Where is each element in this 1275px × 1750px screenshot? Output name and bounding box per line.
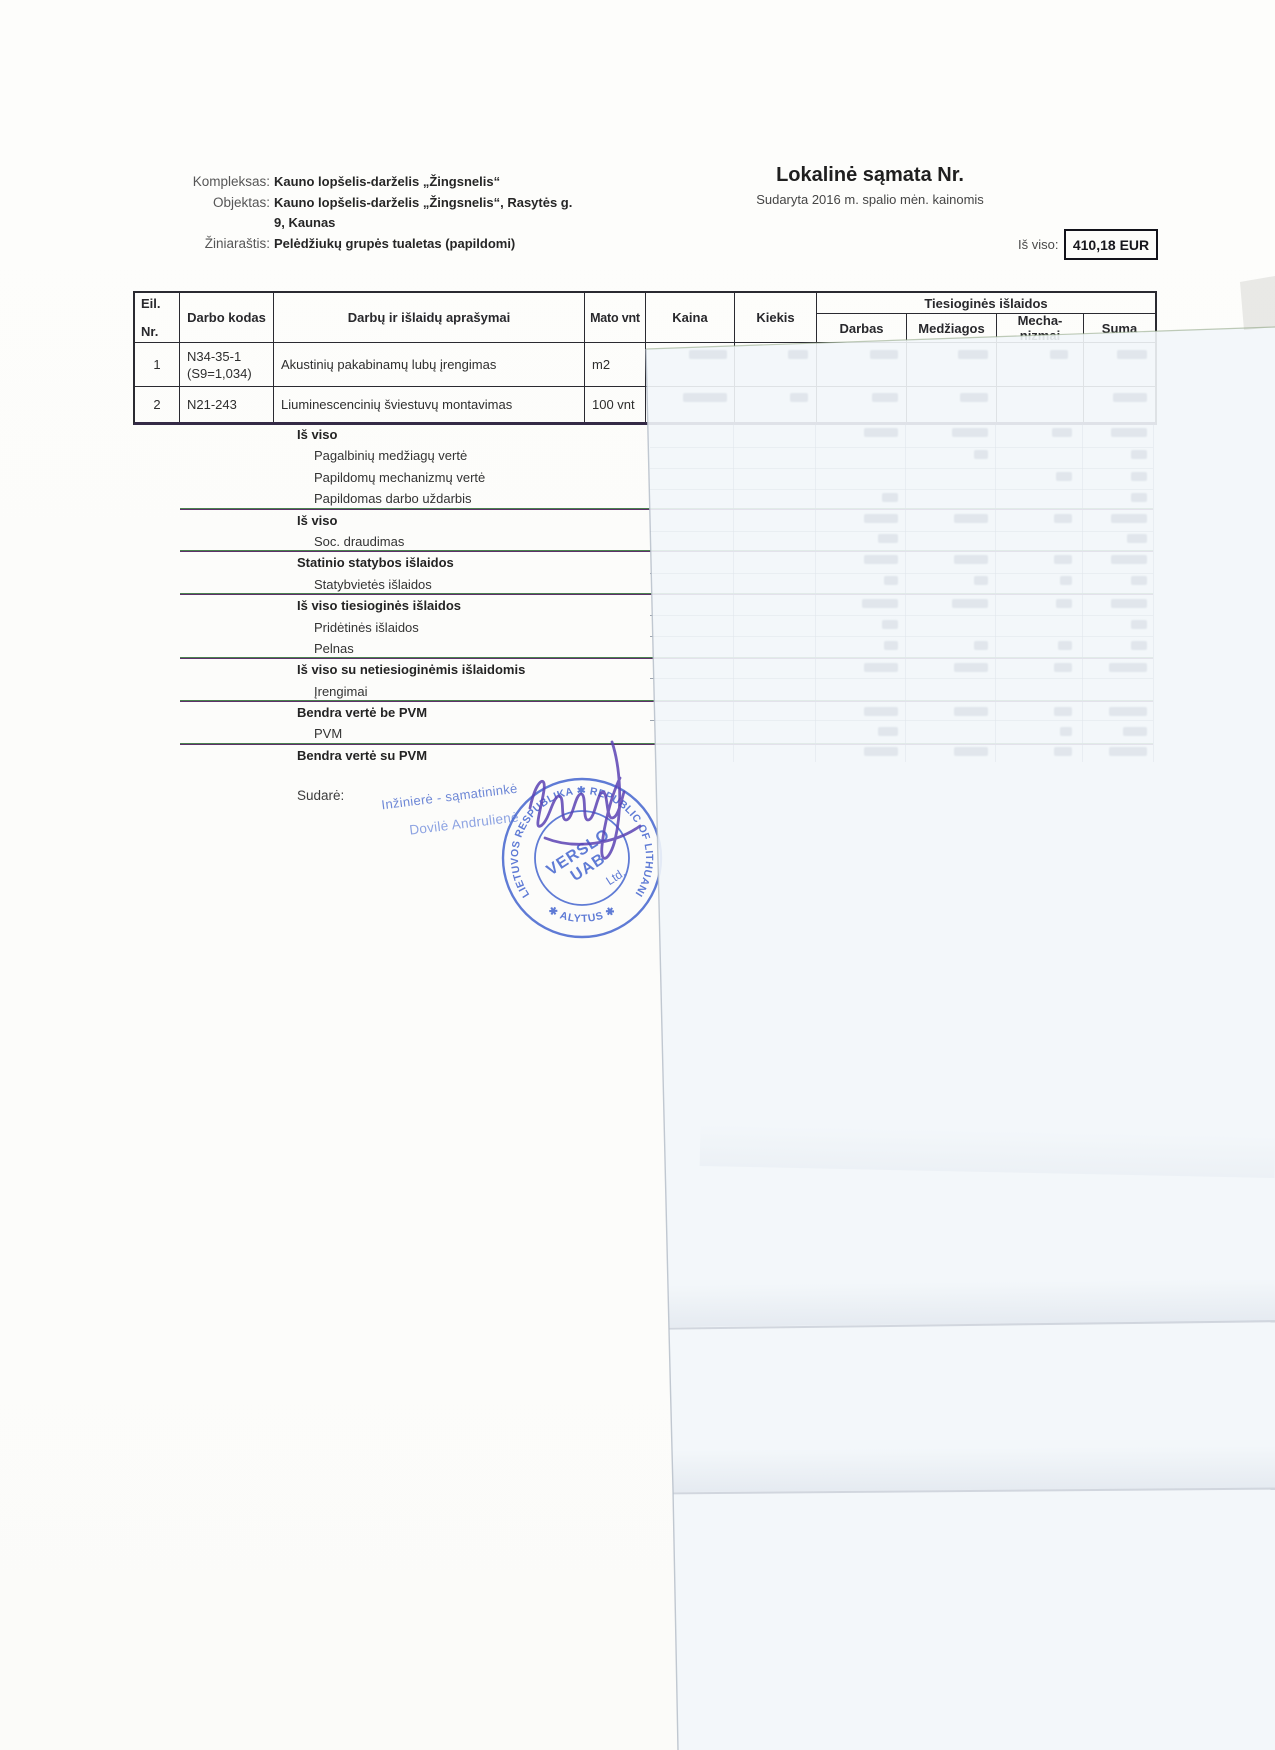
signature-stroke-tail (545, 826, 640, 844)
document-subtitle: Sudaryta 2016 m. spalio mėn. kainomis (660, 192, 1080, 207)
summary-label: Papildomas darbo uždarbis (314, 488, 472, 509)
summary-label: Įrengimai (314, 681, 367, 702)
summary-label: Statinio statybos išlaidos (297, 552, 454, 573)
row2-nr: 2 (135, 386, 180, 422)
svg-text:✱ ALYTUS ✱: ✱ ALYTUS ✱ (546, 904, 617, 925)
col-header-kiekis: Kiekis (735, 293, 817, 342)
sheet-crease-shade-3 (700, 1124, 1275, 1178)
nr-label: Nr. (141, 324, 158, 339)
col-header-kaina: Kaina (646, 293, 735, 342)
row1-aprasymas: Akustinių pakabinamų lubų įrengimas (274, 342, 585, 386)
sheet-crease-shade-1 (655, 1279, 1275, 1327)
ziniarastis-label: Žiniaraštis: (150, 234, 270, 255)
sheet-crease-shade-2 (660, 1446, 1275, 1492)
total-value-box: 410,18 EUR (1064, 229, 1158, 260)
row2-kodas: N21-243 (180, 386, 274, 422)
kompleksas-label: Kompleksas: (150, 172, 270, 193)
stamp-city-text: ✱ ALYTUS ✱ (546, 904, 617, 925)
row1-mato-vnt: m2 (585, 342, 646, 386)
summary-label: Iš viso tiesioginės išlaidos (297, 595, 461, 616)
document-header-left: Kompleksas: Kauno lopšelis-darželis „Žin… (150, 172, 580, 254)
summary-label: Statybvietės išlaidos (314, 574, 432, 595)
row1-nr: 1 (135, 342, 180, 386)
kompleksas-value: Kauno lopšelis-darželis „Žingsnelis“ (274, 172, 580, 193)
summary-label: Bendra vertė be PVM (297, 702, 427, 723)
col-header-darbas: Darbas (817, 314, 907, 342)
summary-label: Iš viso (297, 510, 337, 531)
summary-label: Bendra vertė su PVM (297, 745, 427, 766)
signature (500, 730, 670, 880)
summary-label: Soc. draudimas (314, 531, 404, 552)
col-header-mato-vnt: Mato vnt (585, 293, 646, 342)
col-header-darbo-kodas: Darbo kodas (180, 293, 274, 342)
row2-aprasymas: Liuminescencinių šviestuvų montavimas (274, 386, 585, 422)
summary-label: Pridėtinės išlaidos (314, 617, 419, 638)
scanner-gap-wedge (1240, 276, 1275, 330)
total-label: Iš viso: (1018, 237, 1058, 252)
col-header-tiesiogines-islaidos: Tiesioginės išlaidos (817, 293, 1155, 314)
summary-label: Iš viso su netiesioginėmis išlaidomis (297, 659, 525, 680)
document-header-right: Lokalinė sąmata Nr. Sudaryta 2016 m. spa… (660, 164, 1080, 207)
objektas-value: Kauno lopšelis-darželis „Žingsnelis“, Ra… (274, 193, 574, 234)
summary-label: Iš viso (297, 424, 337, 445)
col-header-eil-nr: Eil. Nr. (135, 293, 180, 342)
eil-label: Eil. (141, 296, 161, 311)
summary-label: PVM (314, 723, 342, 744)
objektas-label: Objektas: (150, 193, 270, 234)
summary-label: Pagalbinių medžiagų vertė (314, 445, 467, 466)
col-header-aprasymai: Darbų ir išlaidų aprašymai (274, 293, 585, 342)
summary-label: Papildomų mechanizmų vertė (314, 467, 485, 488)
scanned-estimate-document: Kompleksas: Kauno lopšelis-darželis „Žin… (0, 0, 1275, 1750)
sudare-label: Sudarė: (297, 788, 344, 803)
document-title: Lokalinė sąmata Nr. (660, 164, 1080, 187)
row2-mato-vnt: 100 vnt (585, 386, 646, 422)
row1-kodas: N34-35-1 (S9=1,034) (180, 342, 274, 386)
ziniarastis-value: Pelėdžiukų grupės tualetas (papildomi) (274, 234, 580, 255)
summary-label: Pelnas (314, 638, 354, 659)
